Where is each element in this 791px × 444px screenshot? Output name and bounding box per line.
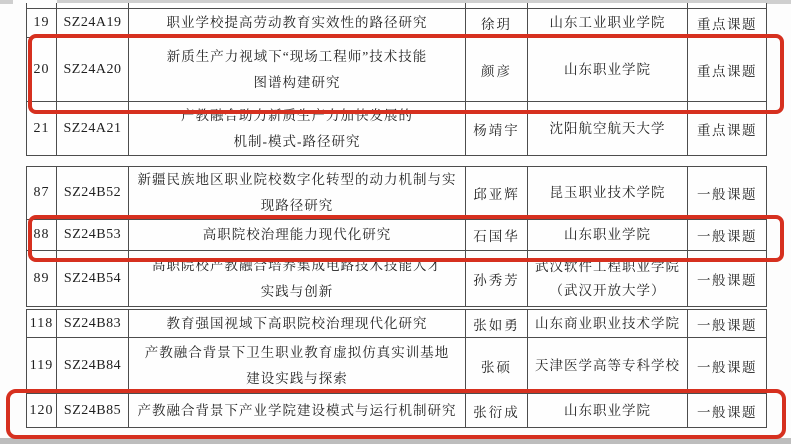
- cell-project-type: 一般课题: [688, 251, 767, 307]
- table-section-general-projects-2: 118 SZ24B83 教育强国视域下高职院校治理现代化研究 张如勇 山东商业职…: [26, 309, 767, 428]
- cell-institution: 山东商业职业技术学院: [528, 310, 688, 338]
- institution-line: 山东商业职业技术学院: [528, 312, 687, 336]
- table-row-highlighted: 120 SZ24B85 产教融合背景下产业学院建设模式与运行机制研究 张衍成 山…: [27, 394, 767, 428]
- cell-project-type: 一般课题: [688, 220, 767, 251]
- cell-leader-name: 颜彦: [466, 38, 528, 102]
- cell-leader-name: 张衍成: [466, 394, 528, 428]
- cell-institution: 昆玉职业技术学院: [528, 167, 688, 220]
- cell-project-code: SZ24B54: [57, 251, 129, 307]
- table-section-general-projects-1: 87 SZ24B52 新疆民族地区职业院校数字化转型的动力机制与实 现路径研究 …: [26, 166, 767, 307]
- cell-leader-name: 石国华: [466, 220, 528, 251]
- institution-line: （武汉开放大学）: [528, 279, 687, 303]
- cell-institution: 山东工业职业学院: [528, 9, 688, 38]
- cell-project-code: SZ24A21: [57, 102, 129, 156]
- cell-institution: 沈阳航空航天大学: [528, 102, 688, 156]
- table-row: 21 SZ24A21 产教融合助力新质生产力加快发展的 机制-模式-路径研究 杨…: [27, 102, 767, 156]
- cell-project-type: 重点课题: [688, 38, 767, 102]
- title-line: 图谱构建研究: [129, 70, 465, 96]
- cell-serial-number: 119: [27, 338, 57, 394]
- institution-line: 山东职业学院: [528, 58, 687, 82]
- table-row: 89 SZ24B54 高职院校产教融合培养集成电路技术技能人才 实践与创新 孙秀…: [27, 251, 767, 307]
- title-line: 新疆民族地区职业院校数字化转型的动力机制与实: [129, 167, 465, 193]
- cell-project-code: SZ24A20: [57, 38, 129, 102]
- institution-line: 沈阳航空航天大学: [528, 117, 687, 141]
- table-section-key-projects: 19 SZ24A19 职业学校提高劳动教育实效性的路径研究 徐玥 山东工业职业学…: [26, 8, 767, 156]
- cell-serial-number: 118: [27, 310, 57, 338]
- cell-leader-name: 张硕: [466, 338, 528, 394]
- document-page: 19 SZ24A19 职业学校提高劳动教育实效性的路径研究 徐玥 山东工业职业学…: [0, 0, 791, 444]
- cell-serial-number: 20: [27, 38, 57, 102]
- title-line: 产教融合助力新质生产力加快发展的: [129, 103, 465, 129]
- cell-serial-number: 120: [27, 394, 57, 428]
- cell-serial-number: 88: [27, 220, 57, 251]
- cell-institution: 山东职业学院: [528, 38, 688, 102]
- cell-leader-name: 邱亚辉: [466, 167, 528, 220]
- title-line: 产教融合背景下产业学院建设模式与运行机制研究: [129, 398, 465, 424]
- table-row: 119 SZ24B84 产教融合背景下卫生职业教育虚拟仿真实训基地 建设实践与探…: [27, 338, 767, 394]
- institution-line: 山东职业学院: [528, 399, 687, 423]
- cell-project-title: 高职院校治理能力现代化研究: [129, 220, 466, 251]
- title-line: 建设实践与探索: [129, 366, 465, 392]
- title-line: 机制-模式-路径研究: [129, 129, 465, 155]
- cell-project-code: SZ24B53: [57, 220, 129, 251]
- table-row-highlighted: 88 SZ24B53 高职院校治理能力现代化研究 石国华 山东职业学院 一般课题: [27, 220, 767, 251]
- cell-project-title: 教育强国视域下高职院校治理现代化研究: [129, 310, 466, 338]
- cell-project-title: 产教融合助力新质生产力加快发展的 机制-模式-路径研究: [129, 102, 466, 156]
- cell-project-type: 重点课题: [688, 102, 767, 156]
- cell-leader-name: 张如勇: [466, 310, 528, 338]
- cell-project-code: SZ24B84: [57, 338, 129, 394]
- cell-project-title: 产教融合背景下产业学院建设模式与运行机制研究: [129, 394, 466, 428]
- bottom-edge-band: [0, 438, 791, 444]
- title-line: 产教融合背景下卫生职业教育虚拟仿真实训基地: [129, 340, 465, 366]
- cell-project-title: 职业学校提高劳动教育实效性的路径研究: [129, 9, 466, 38]
- cell-leader-name: 杨靖宇: [466, 102, 528, 156]
- table-row: 118 SZ24B83 教育强国视域下高职院校治理现代化研究 张如勇 山东商业职…: [27, 310, 767, 338]
- cell-leader-name: 孙秀芳: [466, 251, 528, 307]
- cell-institution: 天津医学高等专科学校: [528, 338, 688, 394]
- cell-project-title: 高职院校产教融合培养集成电路技术技能人才 实践与创新: [129, 251, 466, 307]
- cell-project-code: SZ24B83: [57, 310, 129, 338]
- institution-line: 昆玉职业技术学院: [528, 181, 687, 205]
- cell-leader-name: 徐玥: [466, 9, 528, 38]
- cell-serial-number: 21: [27, 102, 57, 156]
- cell-serial-number: 87: [27, 167, 57, 220]
- cell-project-title: 新质生产力视域下“现场工程师”技术技能 图谱构建研究: [129, 38, 466, 102]
- cell-project-type: 一般课题: [688, 310, 767, 338]
- title-line: 高职院校产教融合培养集成电路技术技能人才: [129, 253, 465, 279]
- cell-serial-number: 89: [27, 251, 57, 307]
- cell-project-type: 一般课题: [688, 338, 767, 394]
- title-line: 新质生产力视域下“现场工程师”技术技能: [129, 44, 465, 70]
- cell-project-code: SZ24B52: [57, 167, 129, 220]
- cell-serial-number: 19: [27, 9, 57, 38]
- title-line: 现路径研究: [129, 193, 465, 219]
- cell-institution: 山东职业学院: [528, 394, 688, 428]
- institution-line: 山东工业职业学院: [528, 11, 687, 35]
- cell-project-title: 新疆民族地区职业院校数字化转型的动力机制与实 现路径研究: [129, 167, 466, 220]
- cell-project-type: 一般课题: [688, 167, 767, 220]
- cell-project-type: 重点课题: [688, 9, 767, 38]
- table-row-highlighted: 20 SZ24A20 新质生产力视域下“现场工程师”技术技能 图谱构建研究 颜彦…: [27, 38, 767, 102]
- cell-project-code: SZ24B85: [57, 394, 129, 428]
- cell-project-code: SZ24A19: [57, 9, 129, 38]
- title-line: 实践与创新: [129, 279, 465, 305]
- table-row: 19 SZ24A19 职业学校提高劳动教育实效性的路径研究 徐玥 山东工业职业学…: [27, 9, 767, 38]
- institution-line: 天津医学高等专科学校: [528, 354, 687, 378]
- cell-institution: 山东职业学院: [528, 220, 688, 251]
- title-line: 高职院校治理能力现代化研究: [129, 222, 465, 248]
- cell-project-title: 产教融合背景下卫生职业教育虚拟仿真实训基地 建设实践与探索: [129, 338, 466, 394]
- institution-line: 山东职业学院: [528, 223, 687, 247]
- cell-project-type: 一般课题: [688, 394, 767, 428]
- cell-institution: 武汉软件工程职业学院 （武汉开放大学）: [528, 251, 688, 307]
- title-line: 教育强国视域下高职院校治理现代化研究: [129, 311, 465, 337]
- institution-line: 武汉软件工程职业学院: [528, 255, 687, 279]
- title-line: 职业学校提高劳动教育实效性的路径研究: [129, 10, 465, 36]
- table-row: 87 SZ24B52 新疆民族地区职业院校数字化转型的动力机制与实 现路径研究 …: [27, 167, 767, 220]
